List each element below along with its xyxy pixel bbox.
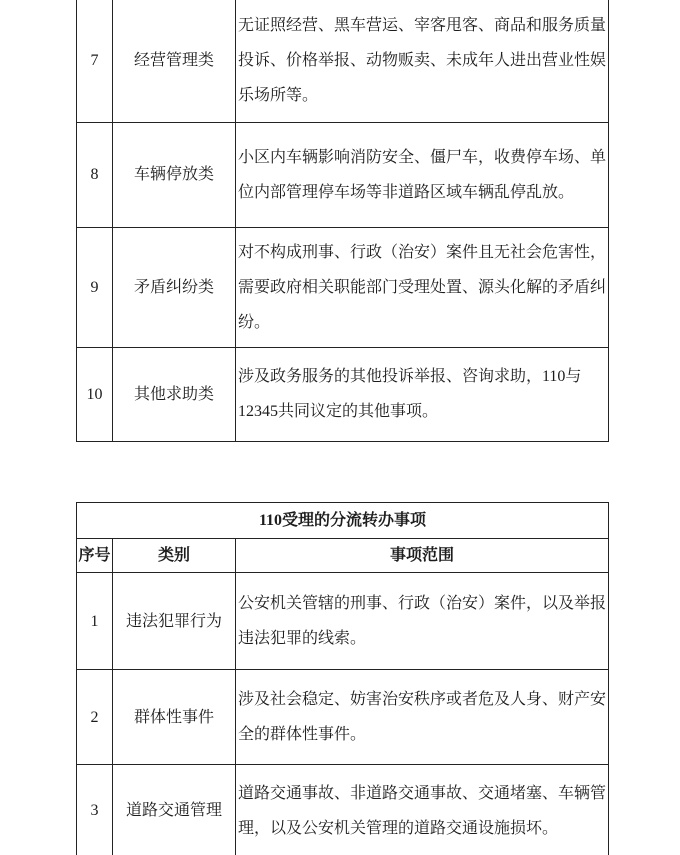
category-cell: 其他求助类 [113,347,236,441]
table-row: 2 群体性事件 涉及社会稳定、妨害治安秩序或者危及人身、财产安全的群体性事件。 [77,670,609,765]
table-row: 1 违法犯罪行为 公安机关管辖的刑事、行政（治安）案件，以及举报违法犯罪的线索。 [77,573,609,670]
table-header-row: 序号 类别 事项范围 [77,539,609,573]
header-scope: 事项范围 [236,539,609,573]
scope-cell: 涉及政务服务的其他投诉举报、咨询求助，110与12345共同议定的其他事项。 [236,347,609,441]
row-number-cell: 2 [77,670,113,765]
document-page: 7 经营管理类 无证照经营、黑车营运、宰客甩客、商品和服务质量投诉、价格举报、动… [0,0,680,855]
table-row: 9 矛盾纠纷类 对不构成刑事、行政（治安）案件且无社会危害性，需要政府相关职能部… [77,227,609,347]
scope-cell: 小区内车辆影响消防安全、僵尸车，收费停车场、单位内部管理停车场等非道路区域车辆乱… [236,122,609,227]
header-number: 序号 [77,539,113,573]
row-number-cell: 8 [77,122,113,227]
category-cell: 群体性事件 [113,670,236,765]
row-number-cell: 3 [77,765,113,855]
category-cell: 经营管理类 [113,0,236,122]
table-row: 7 经营管理类 无证照经营、黑车营运、宰客甩客、商品和服务质量投诉、价格举报、动… [77,0,609,122]
scope-cell: 无证照经营、黑车营运、宰客甩客、商品和服务质量投诉、价格举报、动物贩卖、未成年人… [236,0,609,122]
row-number-cell: 1 [77,573,113,670]
category-cell: 违法犯罪行为 [113,573,236,670]
row-number-cell: 7 [77,0,113,122]
category-cell: 矛盾纠纷类 [113,227,236,347]
diverted-matters-table: 110受理的分流转办事项 序号 类别 事项范围 1 违法犯罪行为 公安机关管辖的… [76,502,609,855]
header-category: 类别 [113,539,236,573]
category-cell: 道路交通管理 [113,765,236,855]
table-row: 3 道路交通管理 道路交通事故、非道路交通事故、交通堵塞、车辆管理，以及公安机关… [77,765,609,855]
table-row: 10 其他求助类 涉及政务服务的其他投诉举报、咨询求助，110与12345共同议… [77,347,609,441]
table-row: 8 车辆停放类 小区内车辆影响消防安全、僵尸车，收费停车场、单位内部管理停车场等… [77,122,609,227]
row-number-cell: 9 [77,227,113,347]
scope-cell: 涉及社会稳定、妨害治安秩序或者危及人身、财产安全的群体性事件。 [236,670,609,765]
scope-cell: 公安机关管辖的刑事、行政（治安）案件，以及举报违法犯罪的线索。 [236,573,609,670]
accepted-matters-table-continuation: 7 经营管理类 无证照经营、黑车营运、宰客甩客、商品和服务质量投诉、价格举报、动… [76,0,609,442]
scope-cell: 道路交通事故、非道路交通事故、交通堵塞、车辆管理，以及公安机关管理的道路交通设施… [236,765,609,855]
category-cell: 车辆停放类 [113,122,236,227]
table-title: 110受理的分流转办事项 [77,503,609,539]
table-title-row: 110受理的分流转办事项 [77,503,609,539]
row-number-cell: 10 [77,347,113,441]
scope-cell: 对不构成刑事、行政（治安）案件且无社会危害性，需要政府相关职能部门受理处置、源头… [236,227,609,347]
